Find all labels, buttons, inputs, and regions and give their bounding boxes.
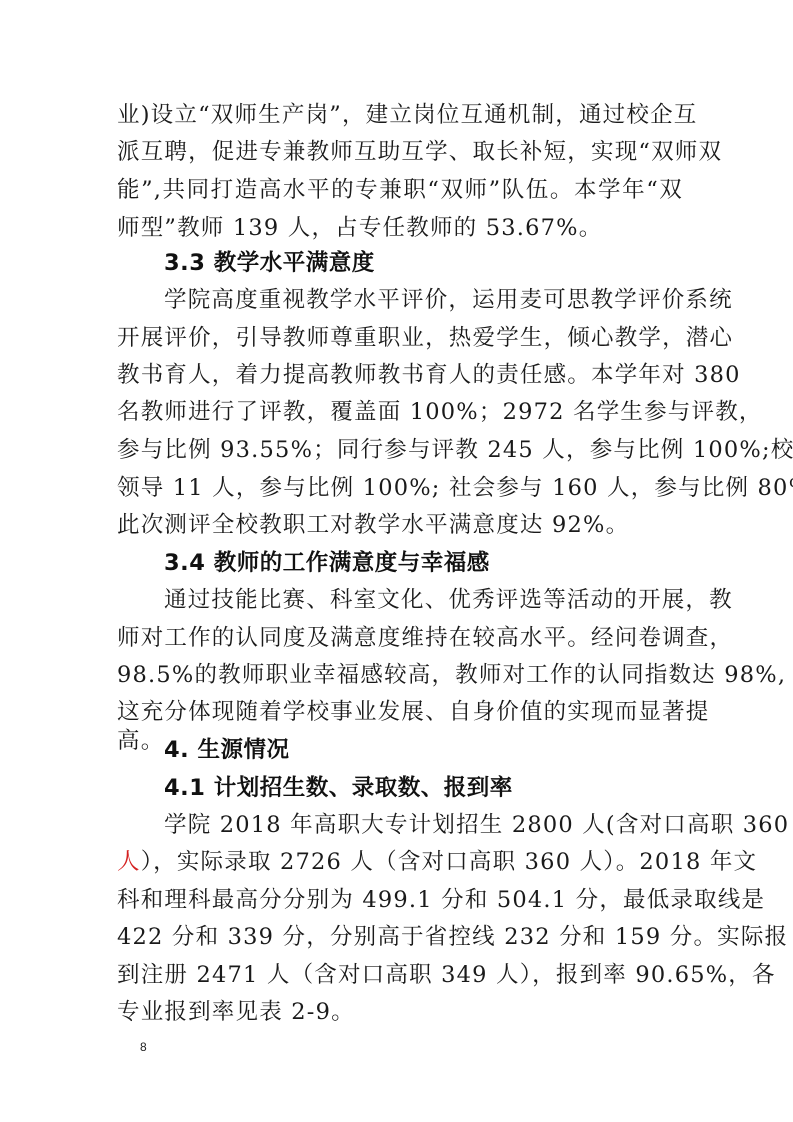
body-text-line: 422 分和 339 分，分别高于省控线 232 分和 159 分。实际报 [117,918,683,956]
section-heading-3-4: 3.4 教师的工作满意度与幸福感 [164,544,490,582]
section-heading-4-1: 4.1 计划招生数、录取数、报到率 [164,769,513,807]
body-text-line: 派互聘，促进专兼教师互助互学、取长补短，实现“双师双 [117,133,683,171]
page-number: 8 [140,1040,147,1054]
body-text-line: 开展评价，引导教师尊重职业，热爱学生，倾心教学，潜心 [117,319,683,357]
body-text-line: 通过技能比赛、科室文化、优秀评选等活动的开展，教 [164,581,683,619]
body-text-line: 业)设立“双师生产岗”，建立岗位互通机制，通过校企互 [117,96,683,134]
body-text-line: 参与比例 93.55%；同行参与评教 245 人，参与比例 100%;校 [117,431,683,469]
section-heading-4: 4. 生源情况 [164,731,290,769]
body-text-line: 专业报到率见表 2-9。 [117,993,683,1031]
body-text-line: 教书育人，着力提高教师教书育人的责任感。本学年对 380 [117,356,683,394]
body-text-line: 科和理科最高分分别为 499.1 分和 504.1 分，最低录取线是 [117,881,683,919]
body-text-line: 领导 11 人，参与比例 100%; 社会参与 160 人，参与比例 80%。 [117,469,683,507]
body-text-segment: ），实际录取 2726 人（含对口高职 360 人）。2018 年文 [141,849,758,875]
document-page: 业)设立“双师生产岗”，建立岗位互通机制，通过校企互 派互聘，促进专兼教师互助互… [0,0,793,1122]
body-text-line: 到注册 2471 人（含对口高职 349 人），报到率 90.65%，各 [117,956,683,994]
body-text-line: 人），实际录取 2726 人（含对口高职 360 人）。2018 年文 [117,843,683,881]
body-text-line: 名教师进行了评教，覆盖面 100%；2972 名学生参与评教， [117,393,683,431]
body-text-line: 此次测评全校教职工对教学水平满意度达 92%。 [117,506,683,544]
section-heading-3-3: 3.3 教学水平满意度 [164,244,375,282]
body-text-line: 学院高度重视教学水平评价，运用麦可思教学评价系统 [164,281,683,319]
body-text-line: 师对工作的认同度及满意度维持在较高水平。经问卷调查， [117,619,683,657]
body-text-line: 98.5%的教师职业幸福感较高，教师对工作的认同指数达 98%, [117,656,683,694]
highlighted-text: 人 [117,849,141,875]
body-text-line: 师型”教师 139 人，占专任教师的 53.67%。 [117,209,683,247]
body-text-line: 学院 2018 年高职大专计划招生 2800 人(含对口高职 360 [164,806,683,844]
body-text-line: 能”,共同打造高水平的专兼职“双师”队伍。本学年“双 [117,171,683,209]
